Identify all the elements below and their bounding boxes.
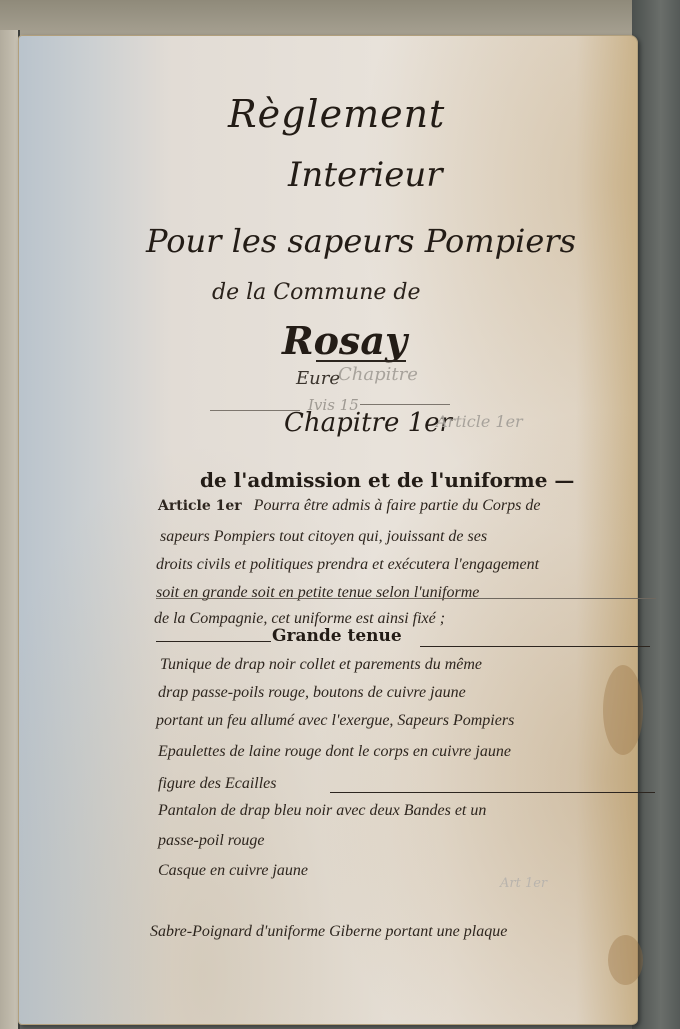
foxing-stain — [608, 935, 643, 985]
title-sapeurs-pompiers: Pour les sapeurs Pompiers — [146, 222, 576, 260]
title-commune: de la Commune de — [212, 280, 421, 305]
section-heading: de l'admission et de l'uniforme — — [200, 468, 574, 492]
tenue-line: portant un feu allumé avec l'exergue, Sa… — [156, 712, 514, 730]
tenue-line: Pantalon de drap bleu noir avec deux Ban… — [158, 802, 486, 820]
article-line: droits civils et politiques prendra et e… — [156, 556, 539, 574]
tenue-line: drap passe-poils rouge, boutons de cuivr… — [158, 684, 466, 702]
faint-annotation: Chapitre — [338, 364, 418, 385]
article-line: soit en grande soit en petite tenue selo… — [156, 584, 479, 602]
heading-rule-right — [420, 646, 650, 647]
faint-annotation: Article 1er — [436, 412, 523, 431]
ruled-line — [156, 598, 656, 599]
article-line: sapeurs Pompiers tout citoyen qui, jouis… — [160, 528, 487, 546]
subsection-heading: Grande tenue — [272, 626, 402, 646]
ruled-line — [330, 792, 655, 793]
tenue-line: Sabre-Poignard d'uniforme Giberne portan… — [150, 923, 507, 941]
backdrop-right — [632, 0, 680, 1029]
title-interieur: Interieur — [288, 155, 443, 195]
title-chapitre: Chapitre 1er — [284, 408, 452, 438]
tenue-line: Tunique de drap noir collet et parements… — [160, 656, 482, 674]
title-underline — [316, 360, 406, 362]
divider — [360, 404, 450, 405]
tenue-line: Epaulettes de laine rouge dont le corps … — [158, 743, 511, 761]
title-rosay: Rosay — [282, 318, 407, 363]
faint-annotation: Art 1er — [500, 876, 547, 891]
heading-rule-left — [156, 641, 271, 642]
backdrop-top — [0, 0, 680, 40]
tenue-line: figure des Ecailles — [158, 775, 277, 793]
article-text: Pourra être admis à faire partie du Corp… — [254, 497, 541, 514]
tenue-line: passe-poil rouge — [158, 832, 265, 850]
article-label: Article 1er — [158, 498, 242, 514]
foxing-stain — [603, 665, 643, 755]
title-eure: Eure — [296, 368, 340, 389]
binding-edge — [0, 30, 20, 1029]
article-line: Article 1er Pourra être admis à faire pa… — [158, 497, 540, 515]
tenue-line: Casque en cuivre jaune — [158, 862, 308, 880]
title-reglement: Règlement — [228, 92, 445, 136]
